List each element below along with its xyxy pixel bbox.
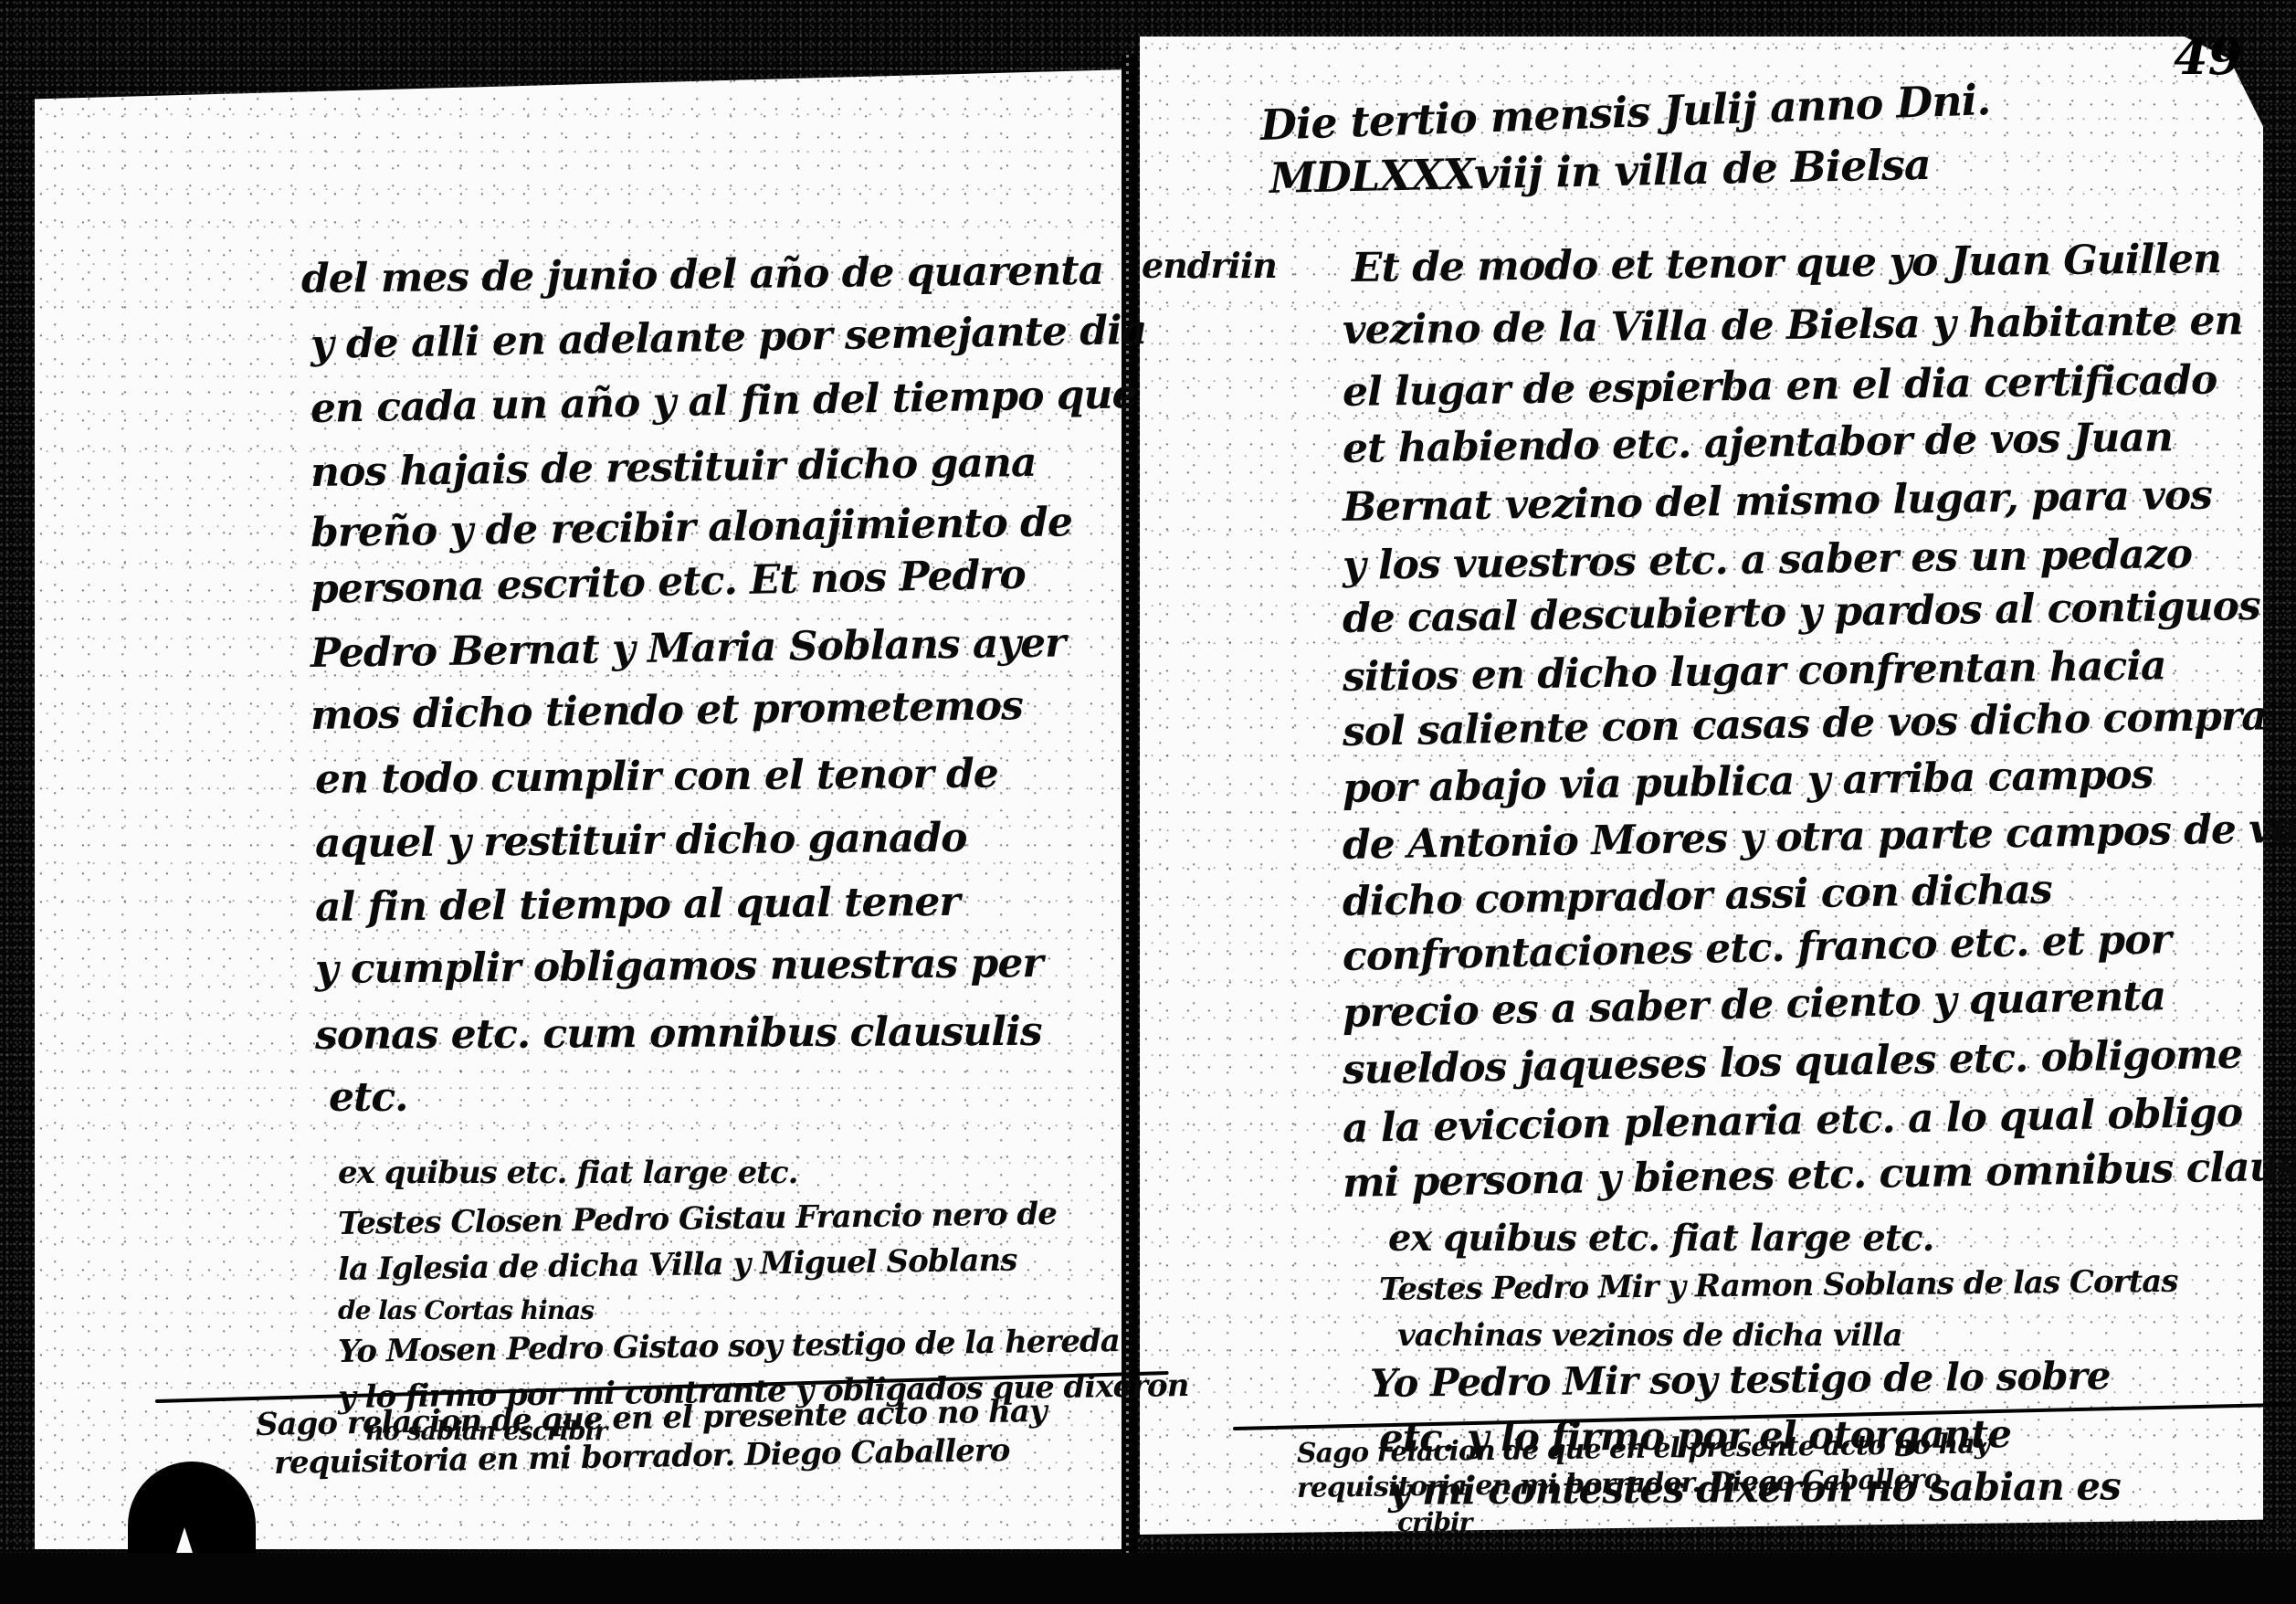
left-line: sonas etc. cum omnibus clausulis xyxy=(315,1008,1042,1059)
left-witness-line: de las Cortas hinas xyxy=(338,1295,594,1325)
left-line: al fin del tiempo al qual tener xyxy=(315,879,960,931)
left-witness-line: ex quibus etc. fiat large etc. xyxy=(338,1155,797,1191)
left-line: del mes de junio del año de quarenta xyxy=(301,248,1104,302)
page-gutter xyxy=(1122,55,1136,1562)
margin-continuation: endriin xyxy=(1142,245,1277,286)
right-witness-line: ex quibus etc. fiat large etc. xyxy=(1388,1217,1934,1260)
folio-number: 49 xyxy=(2174,27,2242,86)
left-line: mos dicho tiendo et prometemos xyxy=(311,682,1023,739)
right-signature-line: cribir xyxy=(1397,1507,1471,1537)
right-witness-line: vachinas vezinos de dicha villa xyxy=(1397,1317,1902,1354)
right-line: vezino de la Villa de Bielsa y habitante… xyxy=(1343,298,2243,354)
right-signature-line: Yo Pedro Mir soy testigo de lo sobre xyxy=(1370,1354,2111,1406)
left-line: etc. xyxy=(329,1074,407,1121)
scanner-bottom-edge xyxy=(0,1553,2296,1604)
right-line: Et de modo et tenor que yo Juan Guillen xyxy=(1352,236,2221,291)
left-line: en todo cumplir con el tenor de xyxy=(315,750,998,803)
left-line: aquel y restituir dicho ganado xyxy=(315,815,967,867)
left-line: y cumplir obligamos nuestras per xyxy=(315,940,1043,993)
